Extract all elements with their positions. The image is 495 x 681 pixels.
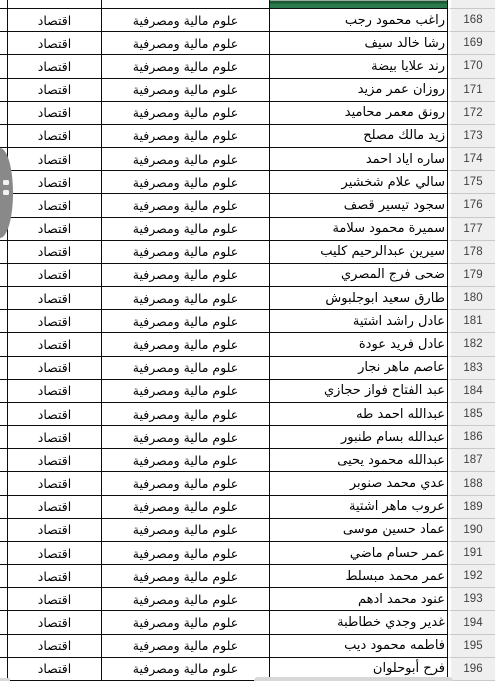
cell-department[interactable]: اقتصاد	[8, 380, 102, 403]
cell-edge-sliver[interactable]	[0, 542, 8, 565]
cell-major[interactable]: علوم مالية ومصرفية	[102, 125, 270, 148]
table-row: اقتصاد علوم مالية ومصرفية رند علايا بيضة…	[0, 55, 495, 78]
table-row: اقتصاد علوم مالية ومصرفية ضحى فرج المصري…	[0, 264, 495, 287]
table-row: اقتصاد علوم مالية ومصرفية فاطمه محمود دي…	[0, 635, 495, 658]
cell-department[interactable]: اقتصاد	[8, 310, 102, 333]
table-body: اقتصاد علوم مالية ومصرفية راغب محمود رجب…	[0, 9, 495, 681]
cell-student-name[interactable]: عمر محمد مبسلط	[270, 565, 448, 588]
cell-student-name[interactable]: عاصم ماهر نجار	[270, 357, 448, 380]
cell-major[interactable]: علوم مالية ومصرفية	[102, 658, 270, 681]
cell-edge-sliver[interactable]	[0, 287, 8, 310]
cell-department[interactable]: اقتصاد	[8, 542, 102, 565]
cell-major[interactable]: علوم مالية ومصرفية	[102, 635, 270, 658]
cell-department[interactable]	[8, 0, 102, 9]
cell-student-name[interactable]: عادل فريد عودة	[270, 333, 448, 356]
cell-major[interactable]: علوم مالية ومصرفية	[102, 426, 270, 449]
table-row: اقتصاد علوم مالية ومصرفية رشا خالد سيف 1…	[0, 32, 495, 55]
cell-student-name[interactable]: فاطمه محمود ديب	[270, 635, 448, 658]
cell-department[interactable]: اقتصاد	[8, 264, 102, 287]
cell-major[interactable]: علوم مالية ومصرفية	[102, 241, 270, 264]
row-header-partial[interactable]	[448, 0, 495, 9]
cell-student-name[interactable]: عمر حسام ماضي	[270, 542, 448, 565]
cell-student-name[interactable]: رشا خالد سيف	[270, 32, 448, 55]
table-row: اقتصاد علوم مالية ومصرفية عماد حسين موسى…	[0, 519, 495, 542]
cell-student-name[interactable]: روزان عمر مزيد	[270, 79, 448, 102]
cell-major[interactable]: علوم مالية ومصرفية	[102, 218, 270, 241]
cell-department[interactable]: اقتصاد	[8, 148, 102, 171]
cell-student-name[interactable]: عبدالله محمود يحيى	[270, 449, 448, 472]
cell-department[interactable]: اقتصاد	[8, 472, 102, 495]
cell-edge-sliver[interactable]	[0, 472, 8, 495]
row-header-number[interactable]: 188	[448, 472, 495, 495]
row-header-number[interactable]: 184	[448, 380, 495, 403]
cell-major[interactable]: علوم مالية ومصرفية	[102, 171, 270, 194]
table-row: اقتصاد علوم مالية ومصرفية عدي محمد صنوبر…	[0, 472, 495, 495]
cell-edge-sliver[interactable]	[0, 380, 8, 403]
cell-student-name[interactable]: عادل راشد اشتية	[270, 310, 448, 333]
cell-student-name[interactable]: سالي علام شخشير	[270, 171, 448, 194]
table-row: اقتصاد علوم مالية ومصرفية عبدالله محمود …	[0, 449, 495, 472]
cell-edge-sliver[interactable]	[0, 588, 8, 611]
cell-department[interactable]: اقتصاد	[8, 449, 102, 472]
row-header-number[interactable]: 169	[448, 32, 495, 55]
row-header-number[interactable]: 194	[448, 611, 495, 634]
cell-edge-sliver[interactable]	[0, 55, 8, 78]
cell-department[interactable]: اقتصاد	[8, 287, 102, 310]
cell-major[interactable]: علوم مالية ومصرفية	[102, 449, 270, 472]
row-header-number[interactable]: 174	[448, 148, 495, 171]
cell-major[interactable]: علوم مالية ومصرفية	[102, 55, 270, 78]
row-header-number[interactable]: 189	[448, 496, 495, 519]
row-header-number[interactable]: 192	[448, 565, 495, 588]
table-row: اقتصاد علوم مالية ومصرفية عادل راشد اشتي…	[0, 310, 495, 333]
cell-edge-sliver[interactable]	[0, 611, 8, 634]
cell-edge-sliver[interactable]	[0, 449, 8, 472]
cell-major[interactable]: علوم مالية ومصرفية	[102, 310, 270, 333]
table-row: اقتصاد علوم مالية ومصرفية عمر محمد مبسلط…	[0, 565, 495, 588]
cell-major[interactable]: علوم مالية ومصرفية	[102, 357, 270, 380]
cell-student-name[interactable]: ساره اياد احمد	[270, 148, 448, 171]
cell-department[interactable]: اقتصاد	[8, 658, 102, 681]
cell-major[interactable]: علوم مالية ومصرفية	[102, 565, 270, 588]
row-header-number[interactable]: 183	[448, 357, 495, 380]
cell-major[interactable]: علوم مالية ومصرفية	[102, 542, 270, 565]
cell-department[interactable]: اقتصاد	[8, 635, 102, 658]
table-row: اقتصاد علوم مالية ومصرفية عروب ماهر اشتي…	[0, 496, 495, 519]
bottom-strip	[254, 677, 453, 681]
cell-department[interactable]: اقتصاد	[8, 496, 102, 519]
cell-student-name[interactable]: عبد الفتاح فواز حجازي	[270, 380, 448, 403]
drag-handle-dash	[3, 190, 9, 195]
table-row: اقتصاد علوم مالية ومصرفية عاصم ماهر نجار…	[0, 357, 495, 380]
table-row: اقتصاد علوم مالية ومصرفية سيرين عبدالرحي…	[0, 241, 495, 264]
cell-major[interactable]: علوم مالية ومصرفية	[102, 79, 270, 102]
cell-edge-sliver[interactable]	[0, 310, 8, 333]
row-header-number[interactable]: 193	[448, 588, 495, 611]
cell-department[interactable]: اقتصاد	[8, 102, 102, 125]
cell-department[interactable]: اقتصاد	[8, 79, 102, 102]
cell-department[interactable]: اقتصاد	[8, 611, 102, 634]
cell-student-name[interactable]: عدي محمد صنوبر	[270, 472, 448, 495]
cell-department[interactable]: اقتصاد	[8, 9, 102, 32]
cell-department[interactable]: اقتصاد	[8, 241, 102, 264]
cell-student-name[interactable]: زيد مالك مصلح	[270, 125, 448, 148]
cell-edge-sliver[interactable]	[0, 635, 8, 658]
table-row: اقتصاد علوم مالية ومصرفية عمر حسام ماضي …	[0, 542, 495, 565]
cell-edge-sliver[interactable]	[0, 496, 8, 519]
cell-department[interactable]: اقتصاد	[8, 426, 102, 449]
cell-student-name[interactable]: غدير وجدي خطاطبة	[270, 611, 448, 634]
row-header-number[interactable]: 185	[448, 403, 495, 426]
row-header-number[interactable]: 177	[448, 218, 495, 241]
cell-edge-sliver[interactable]	[0, 565, 8, 588]
row-header-number[interactable]: 196	[448, 658, 495, 681]
cell-department[interactable]: اقتصاد	[8, 357, 102, 380]
cell-student-name[interactable]: عماد حسين موسى	[270, 519, 448, 542]
cell-major[interactable]: علوم مالية ومصرفية	[102, 287, 270, 310]
table-row: اقتصاد علوم مالية ومصرفية طارق سعيد ابوج…	[0, 287, 495, 310]
table-row: اقتصاد علوم مالية ومصرفية سميرة محمود سل…	[0, 218, 495, 241]
cell-student-name[interactable]: سجود تيسير قصف	[270, 194, 448, 217]
table-row: اقتصاد علوم مالية ومصرفية سجود تيسير قصف…	[0, 194, 495, 217]
row-header-number[interactable]: 168	[448, 9, 495, 32]
cell-department[interactable]: اقتصاد	[8, 194, 102, 217]
cell-major[interactable]: علوم مالية ومصرفية	[102, 333, 270, 356]
spreadsheet-grid: اقتصاد علوم مالية ومصرفية راغب محمود رجب…	[0, 0, 495, 681]
cell-edge-sliver[interactable]	[0, 32, 8, 55]
cell-edge-sliver[interactable]	[0, 264, 8, 287]
table-row: اقتصاد علوم مالية ومصرفية زيد مالك مصلح …	[0, 125, 495, 148]
cell-student-name[interactable]: عروب ماهر اشتية	[270, 496, 448, 519]
cell-major[interactable]: علوم مالية ومصرفية	[102, 472, 270, 495]
table-row: اقتصاد علوم مالية ومصرفية عنود محمد ادهم…	[0, 588, 495, 611]
cell-student-name[interactable]: رند علايا بيضة	[270, 55, 448, 78]
row-header-number[interactable]: 187	[448, 449, 495, 472]
table-row: اقتصاد علوم مالية ومصرفية عادل فريد عودة…	[0, 333, 495, 356]
cell-major[interactable]: علوم مالية ومصرفية	[102, 611, 270, 634]
cell-edge-sliver[interactable]	[0, 9, 8, 32]
cell-major[interactable]: علوم مالية ومصرفية	[102, 519, 270, 542]
cell-student-name[interactable]: عبدالله احمد طه	[270, 403, 448, 426]
cell-edge-sliver[interactable]	[0, 79, 8, 102]
cell-edge-sliver[interactable]	[0, 426, 8, 449]
cell-edge-sliver[interactable]	[0, 0, 8, 9]
cell-department[interactable]: اقتصاد	[8, 565, 102, 588]
row-header-number[interactable]: 191	[448, 542, 495, 565]
row-header-number[interactable]: 186	[448, 426, 495, 449]
cell-edge-sliver[interactable]	[0, 125, 8, 148]
cell-department[interactable]: اقتصاد	[8, 32, 102, 55]
row-header-number[interactable]: 178	[448, 241, 495, 264]
row-header-number[interactable]: 172	[448, 102, 495, 125]
row-header-number[interactable]: 170	[448, 55, 495, 78]
cell-major[interactable]: علوم مالية ومصرفية	[102, 194, 270, 217]
row-header-number[interactable]: 171	[448, 79, 495, 102]
cell-student-name[interactable]: ضحى فرج المصري	[270, 264, 448, 287]
table-row: اقتصاد علوم مالية ومصرفية ساره اياد احمد…	[0, 148, 495, 171]
cell-student-name[interactable]: عبدالله بسام طنبور	[270, 426, 448, 449]
cell-major[interactable]: علوم مالية ومصرفية	[102, 102, 270, 125]
table-row: اقتصاد علوم مالية ومصرفية غدير وجدي خطاط…	[0, 611, 495, 634]
cell-department[interactable]: اقتصاد	[8, 403, 102, 426]
table-row: اقتصاد علوم مالية ومصرفية عبدالله بسام ط…	[0, 426, 495, 449]
row-header-number[interactable]: 176	[448, 194, 495, 217]
cell-major[interactable]: علوم مالية ومصرفية	[102, 380, 270, 403]
cell-student-name[interactable]: طارق سعيد ابوجلبوش	[270, 287, 448, 310]
row-header-number[interactable]: 195	[448, 635, 495, 658]
drag-handle-icon	[3, 180, 9, 195]
cell-department[interactable]: اقتصاد	[8, 588, 102, 611]
cell-major[interactable]: علوم مالية ومصرفية	[102, 496, 270, 519]
cell-student-name[interactable]: عنود محمد ادهم	[270, 588, 448, 611]
cell-major[interactable]: علوم مالية ومصرفية	[102, 403, 270, 426]
cell-student-name[interactable]: رونق معمر محاميد	[270, 102, 448, 125]
cell-edge-sliver[interactable]	[0, 403, 8, 426]
cell-major[interactable]: علوم مالية ومصرفية	[102, 148, 270, 171]
cell-department[interactable]: اقتصاد	[8, 218, 102, 241]
table-row: اقتصاد علوم مالية ومصرفية رونق معمر محام…	[0, 102, 495, 125]
cell-department[interactable]: اقتصاد	[8, 125, 102, 148]
cell-major[interactable]: علوم مالية ومصرفية	[102, 264, 270, 287]
row-header-number[interactable]: 173	[448, 125, 495, 148]
table-row: اقتصاد علوم مالية ومصرفية عبد الفتاح فوا…	[0, 380, 495, 403]
row-header-number[interactable]: 190	[448, 519, 495, 542]
cell-student-name[interactable]: راغب محمود رجب	[270, 9, 448, 32]
row-header-number[interactable]: 179	[448, 264, 495, 287]
cell-edge-sliver[interactable]	[0, 102, 8, 125]
cell-department[interactable]: اقتصاد	[8, 55, 102, 78]
cell-major[interactable]: علوم مالية ومصرفية	[102, 588, 270, 611]
cell-edge-sliver[interactable]	[0, 519, 8, 542]
table-row: اقتصاد علوم مالية ومصرفية روزان عمر مزيد…	[0, 79, 495, 102]
cell-department[interactable]: اقتصاد	[8, 333, 102, 356]
selected-cell-green-bar[interactable]	[270, 0, 448, 9]
table-row: اقتصاد علوم مالية ومصرفية سالي علام شخشي…	[0, 171, 495, 194]
table-row-partial	[0, 0, 495, 9]
row-header-number[interactable]: 182	[448, 333, 495, 356]
row-header-number[interactable]: 181	[448, 310, 495, 333]
cell-edge-sliver[interactable]	[0, 333, 8, 356]
row-header-number[interactable]: 175	[448, 171, 495, 194]
cell-major[interactable]	[102, 0, 270, 9]
cell-student-name[interactable]: سميرة محمود سلامة	[270, 218, 448, 241]
drag-handle-dash	[3, 180, 9, 185]
spreadsheet-viewport: اقتصاد علوم مالية ومصرفية راغب محمود رجب…	[0, 0, 495, 681]
cell-edge-sliver[interactable]	[0, 357, 8, 380]
cell-major[interactable]: علوم مالية ومصرفية	[102, 32, 270, 55]
cell-department[interactable]: اقتصاد	[8, 519, 102, 542]
cell-edge-sliver[interactable]	[0, 241, 8, 264]
cell-student-name[interactable]: سيرين عبدالرحيم كليب	[270, 241, 448, 264]
table-row: اقتصاد علوم مالية ومصرفية راغب محمود رجب…	[0, 9, 495, 32]
row-header-number[interactable]: 180	[448, 287, 495, 310]
table-row: اقتصاد علوم مالية ومصرفية عبدالله احمد ط…	[0, 403, 495, 426]
cell-major[interactable]: علوم مالية ومصرفية	[102, 9, 270, 32]
cell-department[interactable]: اقتصاد	[8, 171, 102, 194]
